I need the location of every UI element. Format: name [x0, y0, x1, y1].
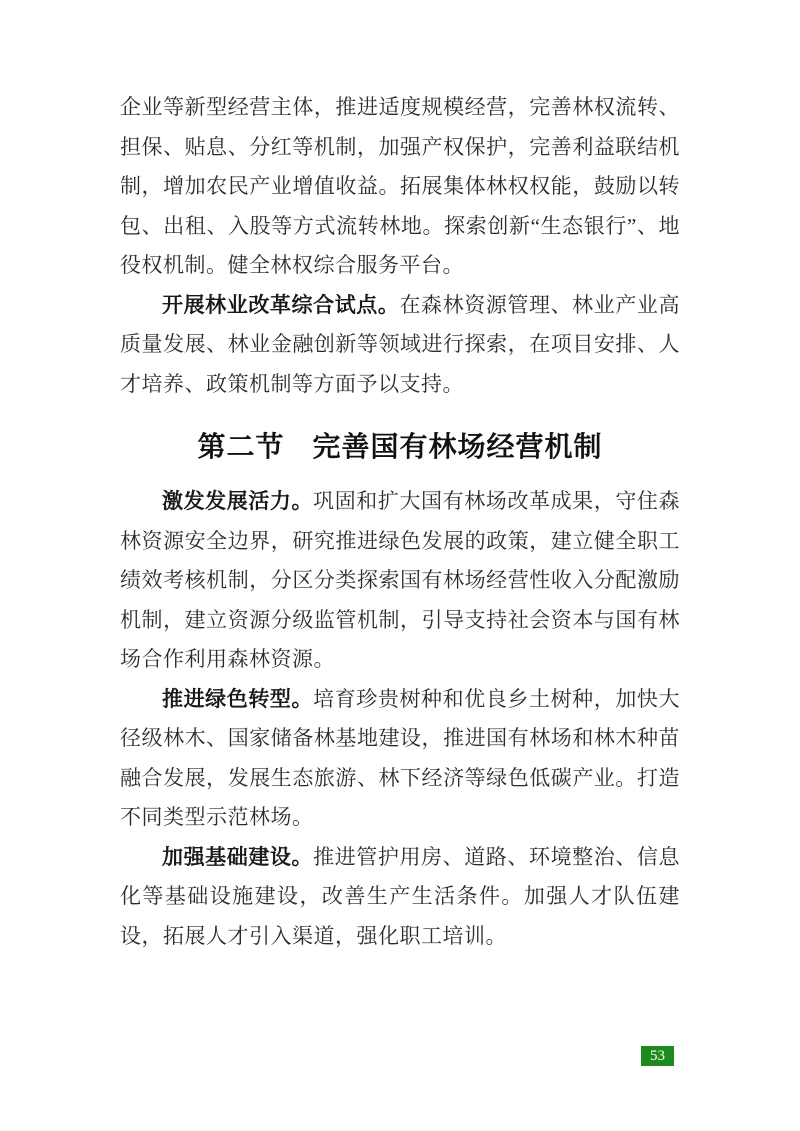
page-number: 53: [650, 1048, 665, 1064]
paragraph-text: 巩固和扩大国有林场改革成果，守住森林资源安全边界，研究推进绿色发展的政策，建立健…: [120, 489, 680, 671]
text-column: 企业等新型经营主体，推进适度规模经营，完善林权流转、担保、贴息、分红等机制，加强…: [120, 88, 680, 956]
section-number: 第二节: [197, 431, 284, 462]
paragraph-lead: 推进绿色转型。: [162, 687, 313, 711]
paragraph-lead: 激发发展活力。: [162, 489, 313, 513]
document-page: 企业等新型经营主体，推进适度规模经营，完善林权流转、担保、贴息、分红等机制，加强…: [0, 0, 800, 1131]
section-title: 完善国有林场经营机制: [313, 431, 603, 462]
paragraph-pilot-reform: 开展林业改革综合试点。在森林资源管理、林业产业高质量发展、林业金融创新等领域进行…: [120, 286, 680, 405]
paragraph-text: 企业等新型经营主体，推进适度规模经营，完善林权流转、担保、贴息、分红等机制，加强…: [120, 95, 680, 277]
paragraph-infrastructure: 加强基础建设。推进管护用房、道路、环境整治、信息化等基础设施建设，改善生产生活条…: [120, 838, 680, 957]
paragraph-vitality: 激发发展活力。巩固和扩大国有林场改革成果，守住森林资源安全边界，研究推进绿色发展…: [120, 482, 680, 680]
paragraph-green-transition: 推进绿色转型。培育珍贵树种和优良乡土树种，加快大径级林木、国家储备林基地建设，推…: [120, 680, 680, 838]
paragraph-continuation: 企业等新型经营主体，推进适度规模经营，完善林权流转、担保、贴息、分红等机制，加强…: [120, 88, 680, 286]
paragraph-lead: 加强基础建设。: [162, 845, 313, 869]
page-number-badge: 53: [641, 1046, 674, 1066]
paragraph-lead: 开展林业改革综合试点。: [162, 293, 399, 317]
section-heading: 第二节完善国有林场经营机制: [120, 430, 680, 464]
